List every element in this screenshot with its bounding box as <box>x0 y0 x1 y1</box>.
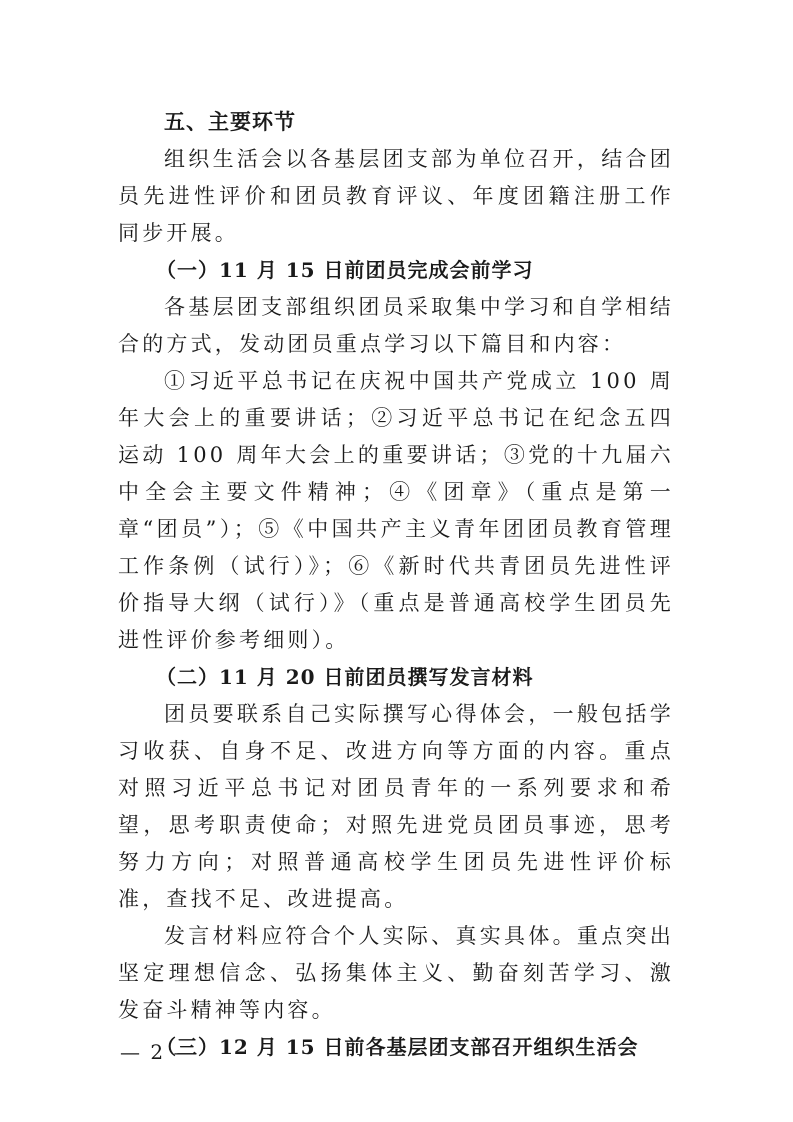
subsection-heading-1: （一）11 月 15 日前团员完成会前学习 <box>118 252 674 289</box>
intro-paragraph: 组织生活会以各基层团支部为单位召开，结合团员先进性评价和团员教育评议、年度团籍注… <box>118 141 674 252</box>
subsection-1-paragraph-1: 各基层团支部组织团员采取集中学习和自学相结合的方式，发动团员重点学习以下篇目和内… <box>118 289 674 363</box>
subsection-heading-3: （三）12 月 15 日前各基层团支部召开组织生活会 <box>118 1029 674 1066</box>
page-number: — 2 — <box>120 1040 195 1064</box>
subsection-heading-2: （二）11 月 20 日前团员撰写发言材料 <box>118 659 674 696</box>
subsection-1-paragraph-2: ①习近平总书记在庆祝中国共产党成立 100 周年大会上的重要讲话；②习近平总书记… <box>118 363 674 659</box>
subsection-2-paragraph-2: 发言材料应符合个人实际、真实具体。重点突出坚定理想信念、弘扬集体主义、勤奋刻苦学… <box>118 918 674 1029</box>
section-title: 五、主要环节 <box>118 104 674 141</box>
subsection-2-paragraph-1: 团员要联系自己实际撰写心得体会，一般包括学习收获、自身不足、改进方向等方面的内容… <box>118 696 674 918</box>
document-page: 五、主要环节 组织生活会以各基层团支部为单位召开，结合团员先进性评价和团员教育评… <box>118 104 674 1066</box>
